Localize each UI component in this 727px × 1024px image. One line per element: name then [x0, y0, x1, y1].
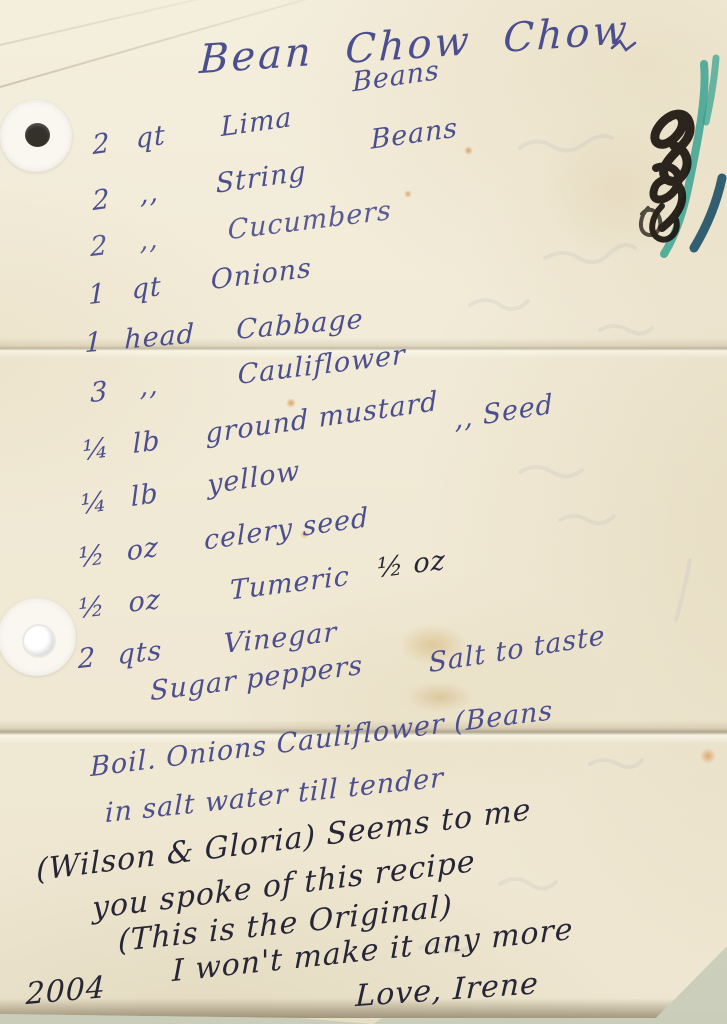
punch-hole-top-opening	[25, 123, 50, 147]
qty: ¼	[82, 434, 110, 465]
unit: qts	[118, 637, 163, 669]
item: String	[215, 158, 307, 198]
qty: 2	[90, 232, 109, 261]
year-text: 2004	[25, 970, 106, 1012]
qty: ½	[78, 541, 106, 572]
item: celery seed	[204, 504, 370, 554]
item: Onions	[211, 255, 312, 295]
qty: 3	[90, 378, 109, 407]
signature-text: Love, Irene	[355, 966, 540, 1014]
qty: 2	[92, 185, 111, 215]
stain	[540, 120, 690, 260]
paper: Bean Chow Chow 2 qt Lima Beans 2 ,, Stri…	[0, 0, 727, 1024]
unit: qt	[135, 122, 166, 153]
unit: lb	[130, 480, 159, 511]
instruction-text: Boil. Onions Cauliflower (Beans	[90, 695, 553, 783]
note-year: 2004	[25, 973, 106, 1010]
punch-hole-top	[0, 100, 72, 172]
stain	[464, 146, 473, 155]
unit: qt	[131, 273, 161, 304]
qty: 2	[78, 644, 96, 673]
punch-hole-bottom	[0, 598, 76, 676]
qty: 1	[85, 328, 104, 357]
scanned-recipe-page: Bean Chow Chow 2 qt Lima Beans 2 ,, Stri…	[0, 0, 727, 1024]
item: yellow	[207, 457, 301, 499]
qty: 1	[88, 280, 107, 309]
ingredient-line-celery-seed: ½ oz celery seed	[78, 504, 369, 572]
annotation: ½ oz	[377, 547, 446, 583]
unit: oz	[128, 586, 161, 617]
unit: head	[124, 320, 195, 353]
item: Tumeric	[230, 563, 350, 605]
unit: oz	[126, 534, 159, 566]
unit: ,,	[139, 179, 159, 209]
unit: ,,	[139, 226, 159, 255]
item: ground mustard	[205, 388, 439, 448]
instruction-line-1: Boil. Onions Cauliflower (Beans	[90, 697, 553, 781]
item: Lima	[220, 104, 293, 141]
item: Cucumbers	[228, 197, 392, 244]
note-signature: Love, Irene	[355, 969, 539, 1012]
stain	[404, 190, 412, 198]
crease-top-left-2	[0, 0, 234, 46]
item: Cabbage	[236, 306, 364, 344]
qty: ¼	[80, 488, 108, 519]
punch-hole-bottom-opening	[24, 626, 54, 656]
unit: ,,	[139, 372, 159, 401]
item2: Beans	[370, 114, 458, 153]
seasoning-salt-to-taste: Salt to taste	[428, 622, 606, 677]
item: Cauliflower	[237, 341, 406, 389]
unit: lb	[132, 427, 161, 458]
item: Vinegar	[224, 619, 338, 658]
ingredient-line-onions: 1 qt Onions	[88, 255, 312, 310]
item2: ,, Seed	[454, 391, 555, 434]
qty: 2	[92, 129, 111, 159]
stain	[700, 748, 716, 764]
seasoning-right-text: Salt to taste	[428, 620, 606, 679]
qty: ½	[78, 593, 105, 623]
